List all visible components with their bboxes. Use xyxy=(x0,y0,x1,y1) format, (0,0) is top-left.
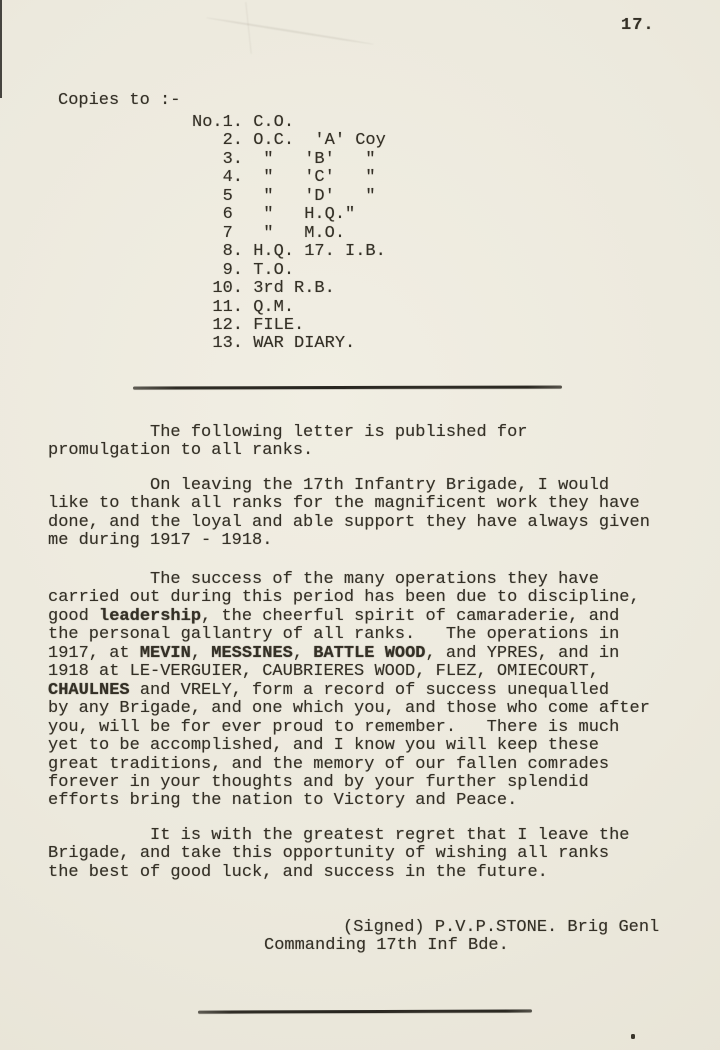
paper-crease-vertical xyxy=(245,2,251,54)
copies-to-label: Copies to :- xyxy=(58,92,180,110)
distribution-list: No.1. C.O. 2. O.C. 'A' Coy 3. " 'B' " 4.… xyxy=(192,114,386,354)
paragraph-thanks: On leaving the 17th Infantry Brigade, I … xyxy=(48,477,650,551)
paper-crease xyxy=(206,17,374,46)
paragraph-operations: The success of the many operations they … xyxy=(48,571,650,811)
divider-top xyxy=(133,386,562,390)
paragraph-farewell: It is with the greatest regret that I le… xyxy=(48,827,630,882)
signature-line: (Signed) P.V.P.STONE. Brig Genl xyxy=(343,919,659,937)
paragraph-promulgation: The following letter is published for pr… xyxy=(48,424,527,461)
page-number: 17. xyxy=(621,17,655,35)
scan-edge-mark xyxy=(0,0,2,98)
divider-bottom xyxy=(198,1009,532,1013)
signature-unit-line: Commanding 17th Inf Bde. xyxy=(264,937,509,955)
ink-spot xyxy=(631,1034,635,1039)
document-page: 17. Copies to :- No.1. C.O. 2. O.C. 'A' … xyxy=(0,0,720,1050)
